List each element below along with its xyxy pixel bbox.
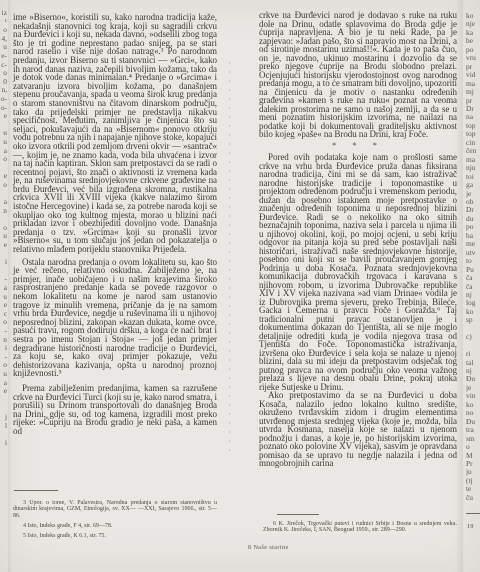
paragraph: Pored ovih podataka koje nam o prošlosti… (259, 153, 457, 391)
left-edge-shading (8, 0, 12, 572)
previous-column-edge-fragments: iz ¹ o 4, u e- c- o 0 n, o- o- e u u a o… (0, 9, 7, 461)
printer-signature: 8 Naše starine (248, 544, 289, 551)
footnote: 3 Upor. o tome, V. Palavestra, Narodna p… (13, 500, 217, 519)
paragraph: ime »Biserno«, koristili su, kako narodn… (13, 13, 217, 254)
scanned-journal-page: iz ¹ o 4, u e- c- o 0 n, o- o- e u u a o… (0, 0, 480, 572)
footnote-separator-rule-left (14, 490, 58, 491)
page-fold-crease (229, 62, 230, 458)
paragraph: crkve na Đurđevici narod je dodavao s ru… (259, 11, 457, 139)
footnote: 4 Isto, Indeks građe, F 4, str. 69—78. (13, 523, 217, 529)
section-divider-stars: * * * (259, 141, 457, 150)
paragraph: Ostala narodna predanja o ovom lokalitet… (13, 258, 217, 378)
next-page-number-fragment: 19 (467, 523, 473, 530)
footnotes-left-column: 3 Upor. o tome, V. Palavestra, Narodna p… (13, 500, 217, 543)
next-page-edge-fragments: ko nje ka be po vru pr vid ma mj pr Dr n… (466, 12, 480, 510)
paragraph: Ako pretpostavimo da se na Đurđevici u d… (259, 391, 457, 468)
next-page-footnote-rule-fragment (466, 513, 480, 514)
footnote: 5 Isto, Indeks građe, K 6.1, str. 75. (13, 533, 217, 539)
footnote-separator-rule-right (277, 514, 319, 515)
left-text-column: ime »Biserno«, koristili su, kako narodn… (13, 13, 217, 436)
paragraph: Prema zabilježenim predanjima, kamen sa … (13, 384, 217, 436)
right-text-column: crkve na Đurđevici narod je dodavao s ru… (259, 11, 457, 468)
footnote: 6 K. Jireček, Trgovački putevi i rudnici… (263, 521, 457, 534)
footnotes-right-column: 6 K. Jireček, Trgovački putevi i rudnici… (263, 521, 457, 537)
